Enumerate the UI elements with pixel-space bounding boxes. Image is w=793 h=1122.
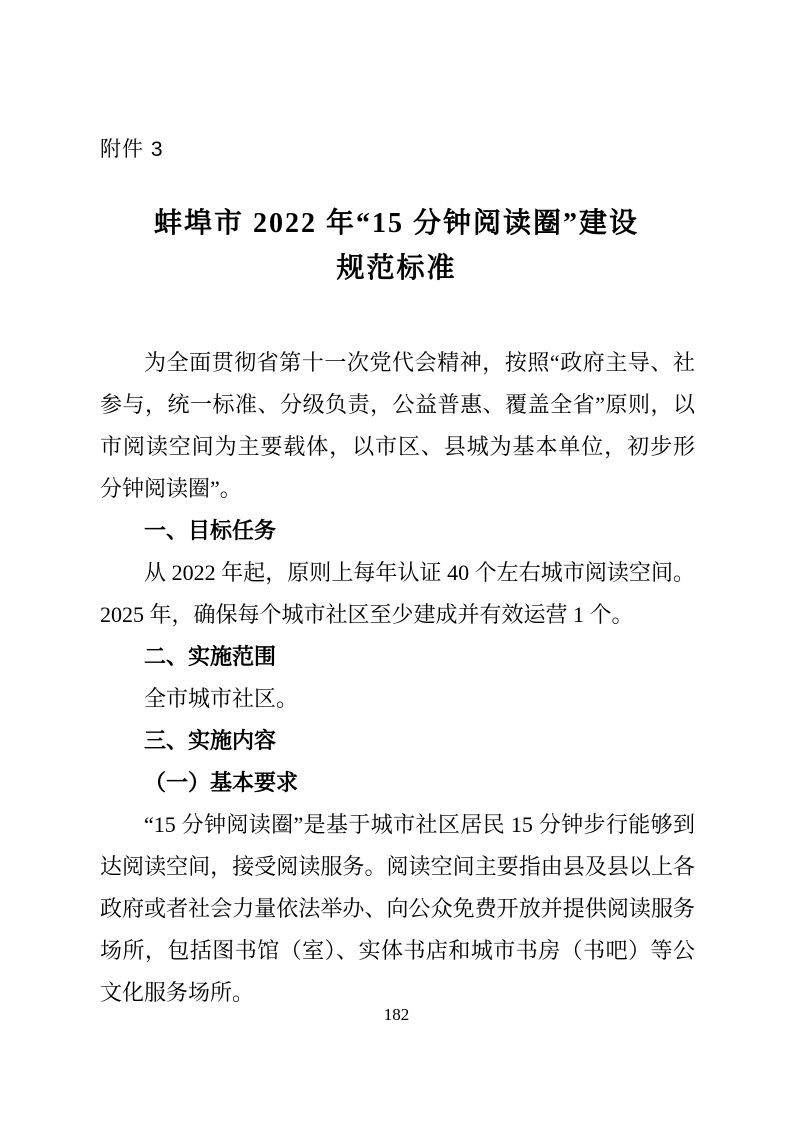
- document-body: 为全面贯彻省第十一次党代会精神，按照“政府主导、社会 参与，统一标准、分级负责，…: [100, 342, 695, 1014]
- section-heading-2: 二、实施范围: [100, 636, 695, 678]
- section-heading-1: 一、目标任务: [100, 510, 695, 552]
- attachment-label: 附件 3: [100, 133, 164, 163]
- document-title: 蚌埠市 2022 年“15 分钟阅读圈”建设 规范标准: [40, 201, 753, 291]
- text-line: “15 分钟阅读圈”是基于城市社区居民 15 分钟步行能够到: [100, 804, 695, 846]
- section-heading-3: 三、实施内容: [100, 720, 695, 762]
- document-page: 附件 3 蚌埠市 2022 年“15 分钟阅读圈”建设 规范标准 为全面贯彻省第…: [0, 0, 793, 1122]
- text-line: 达阅读空间，接受阅读服务。阅读空间主要指由县及县以上各级: [100, 846, 695, 888]
- text-line: 参与，统一标准、分级负责，公益普惠、覆盖全省”原则，以城: [100, 384, 695, 426]
- text-line: 分钟阅读圈”。: [100, 468, 695, 510]
- text-line: 从 2022 年起，原则上每年认证 40 个左右城市阅读空间。到: [100, 552, 695, 594]
- text-line: 场所，包括图书馆（室）、实体书店和城市书房（书吧）等公共: [100, 930, 695, 972]
- text-line: 政府或者社会力量依法举办、向公众免费开放并提供阅读服务的: [100, 888, 695, 930]
- subsection-heading-1: （一）基本要求: [100, 762, 695, 804]
- text-line: 全市城市社区。: [100, 678, 695, 720]
- text-line: 为全面贯彻省第十一次党代会精神，按照“政府主导、社会: [100, 342, 695, 384]
- text-line: 市阅读空间为主要载体，以市区、县城为基本单位，初步形成“15: [100, 426, 695, 468]
- text-line: 2025 年，确保每个城市社区至少建成并有效运营 1 个。: [100, 594, 695, 636]
- title-line-1: 蚌埠市 2022 年“15 分钟阅读圈”建设: [40, 201, 753, 246]
- title-line-2: 规范标准: [40, 246, 753, 291]
- page-number: 182: [0, 1005, 793, 1025]
